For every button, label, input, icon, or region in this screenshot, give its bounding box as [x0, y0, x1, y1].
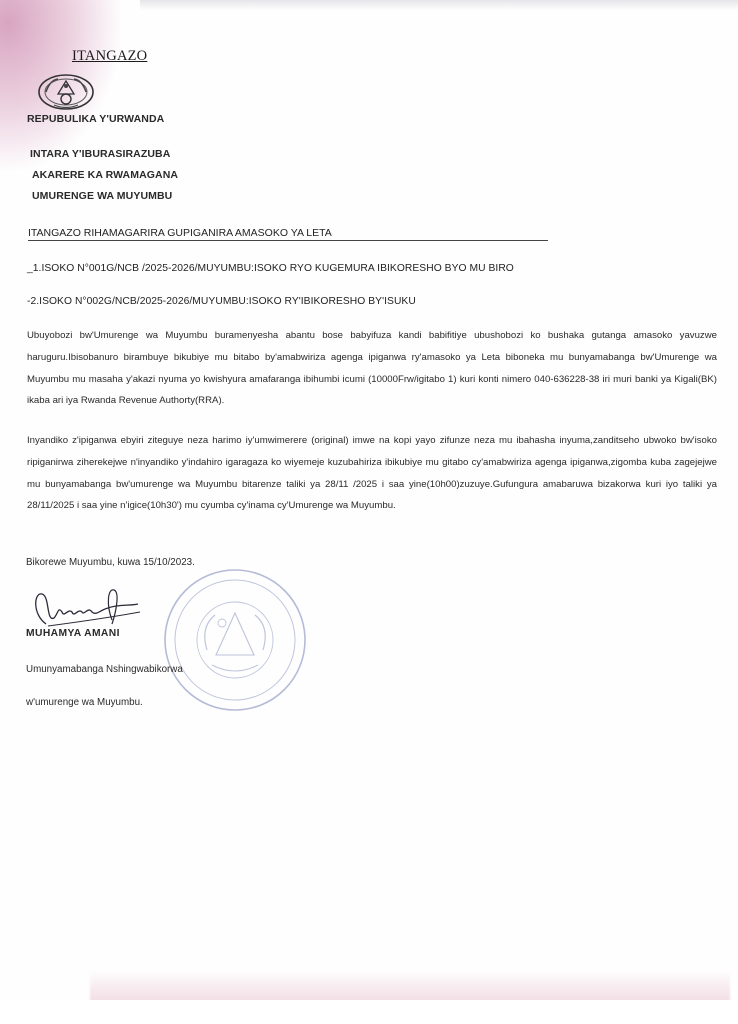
header-sector: UMURENGE WA MUYUMBU [32, 190, 172, 202]
document-title: ITANGAZO [72, 48, 147, 65]
scan-shadow-top [140, 0, 738, 10]
signatory-title-line2: w'umurenge wa Muyumbu. [26, 697, 143, 708]
header-country: REPUBULIKA Y'URWANDA [27, 113, 164, 125]
subject-text: ITANGAZO RIHAMAGARIRA GUPIGANIRA AMASOKO… [28, 227, 332, 239]
signatory-name: MUHAMYA AMANI [26, 628, 120, 639]
official-round-stamp-icon [160, 565, 310, 715]
rwanda-coat-of-arms-icon [36, 72, 96, 112]
subject-line: ITANGAZO RIHAMAGARIRA GUPIGANIRA AMASOKO… [28, 227, 548, 241]
document-page: ITANGAZO REPUBULIKA Y'URWANDA INTARA Y'I… [0, 0, 738, 1024]
scan-shadow-bottom [90, 970, 730, 1002]
header-district: AKARERE KA RWAMAGANA [32, 169, 178, 181]
tender-item-2: -2.ISOKO N°002G/NCB/2025-2026/MUYUMBU:IS… [27, 296, 416, 307]
page-bottom-edge [0, 1000, 738, 1024]
paragraph-1: Ubuyobozi bw'Umurenge wa Muyumbu buramen… [27, 325, 717, 412]
paragraph-2: Inyandiko z'ipiganwa ebyiri ziteguye nez… [27, 430, 717, 517]
header-province: INTARA Y'IBURASIRAZUBA [30, 148, 170, 160]
signatory-title-line1: Umunyamabanga Nshingwabikorwa [26, 664, 183, 675]
handwritten-signature-icon [28, 584, 148, 634]
tender-item-1: _1.ISOKO N°001G/NCB /2025-2026/MUYUMBU:I… [27, 263, 514, 274]
